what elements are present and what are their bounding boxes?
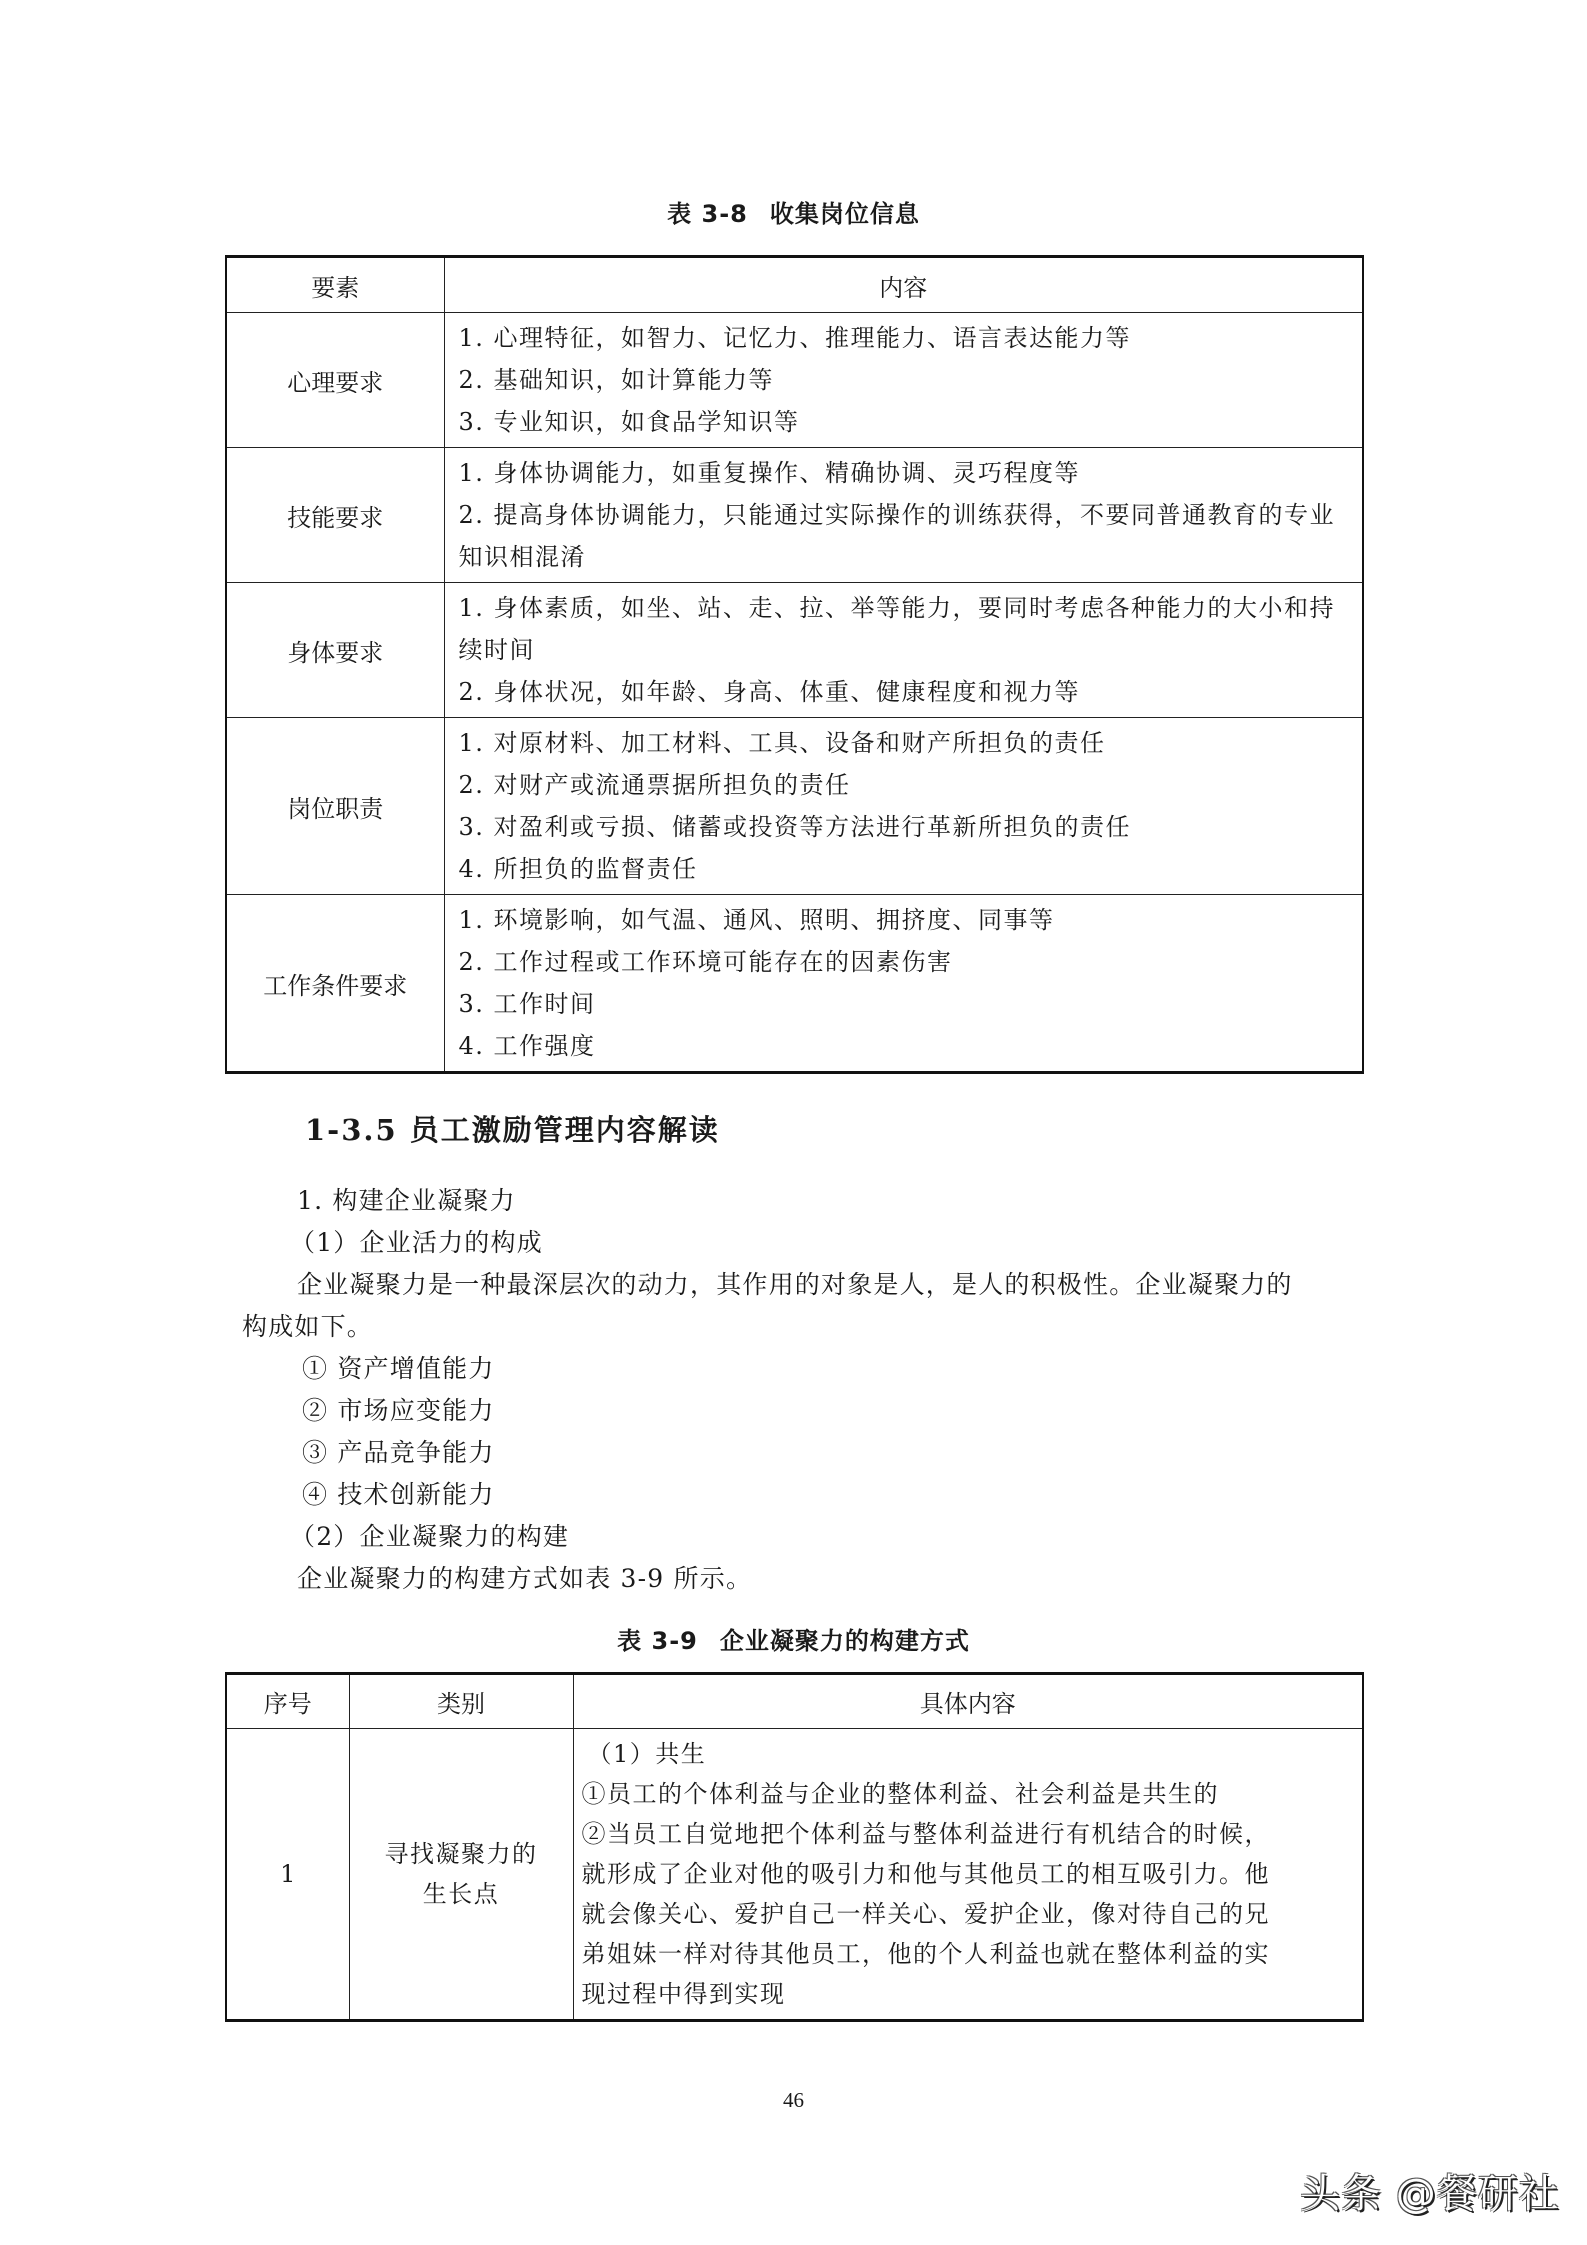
content-line: 1. 身体协调能力，如重复操作、精确协调、灵巧程度等 <box>459 452 1355 494</box>
header-details: 具体内容 <box>573 1674 1363 1729</box>
content-line: 3. 专业知识，如食品学知识等 <box>459 401 1355 443</box>
table-3-8-title: 收集岗位信息 <box>770 200 920 228</box>
row-label: 心理要求 <box>226 313 444 448</box>
content-line: 2. 对财产或流通票据所担负的责任 <box>459 764 1355 806</box>
subheading-2: （2）企业凝聚力的构建 <box>290 1516 569 1558</box>
list-item: ③ 产品竞争能力 <box>302 1432 495 1474</box>
content-line: ②当员工自觉地把个体利益与整体利益进行有机结合的时候， <box>582 1814 1355 1854</box>
table-3-9: 序号 类别 具体内容 1 寻找凝聚力的 生长点 （1）共生 ①员工的个体利益与企… <box>225 1672 1364 2022</box>
list-item: ④ 技术创新能力 <box>302 1474 495 1516</box>
row-content: 1. 环境影响，如气温、通风、照明、拥挤度、同事等 2. 工作过程或工作环境可能… <box>444 895 1363 1073</box>
row-details: （1）共生 ①员工的个体利益与企业的整体利益、社会利益是共生的 ②当员工自觉地把… <box>573 1729 1363 2021</box>
table-3-9-title: 企业凝聚力的构建方式 <box>720 1627 970 1655</box>
list-item: ② 市场应变能力 <box>302 1390 495 1432</box>
row-label: 身体要求 <box>226 583 444 718</box>
subheading-1: （1）企业活力的构成 <box>290 1222 543 1264</box>
header-index: 序号 <box>226 1674 349 1729</box>
content-line: 3. 对盈利或亏损、储蓄或投资等方法进行革新所担负的责任 <box>459 806 1355 848</box>
content-line: 就会像关心、爱护自己一样关心、爱护企业，像对待自己的兄 <box>582 1894 1355 1934</box>
content-line: 2. 基础知识，如计算能力等 <box>459 359 1355 401</box>
table-3-8-number: 表 3-8 <box>667 200 748 228</box>
category-line: 生长点 <box>350 1874 573 1914</box>
content-line: 2. 工作过程或工作环境可能存在的因素伤害 <box>459 941 1355 983</box>
table-3-8-caption: 表 3-8收集岗位信息 <box>0 199 1587 229</box>
page-number: 46 <box>0 2088 1587 2113</box>
content-line: ①员工的个体利益与企业的整体利益、社会利益是共生的 <box>582 1774 1355 1814</box>
category-line: 寻找凝聚力的 <box>350 1834 573 1874</box>
paragraph-1-line-2: 构成如下。 <box>242 1306 373 1348</box>
content-line: 1. 对原材料、加工材料、工具、设备和财产所担负的责任 <box>459 722 1355 764</box>
row-content: 1. 身体素质，如坐、站、走、拉、举等能力，要同时考虑各种能力的大小和持续时间 … <box>444 583 1363 718</box>
content-line: 2. 身体状况，如年龄、身高、体重、健康程度和视力等 <box>459 671 1355 713</box>
paragraph-1-line-1: 企业凝聚力是一种最深层次的动力，其作用的对象是人，是人的积极性。企业凝聚力的 <box>297 1264 1293 1306</box>
table-row: 身体要求 1. 身体素质，如坐、站、走、拉、举等能力，要同时考虑各种能力的大小和… <box>226 583 1363 718</box>
content-line: 4. 所担负的监督责任 <box>459 848 1355 890</box>
row-label: 技能要求 <box>226 448 444 583</box>
content-line: （1）共生 <box>582 1734 1355 1774</box>
table-3-8: 要素 内容 心理要求 1. 心理特征，如智力、记忆力、推理能力、语言表达能力等 … <box>225 255 1364 1074</box>
table-row: 岗位职责 1. 对原材料、加工材料、工具、设备和财产所担负的责任 2. 对财产或… <box>226 718 1363 895</box>
header-element: 要素 <box>226 257 444 313</box>
row-content: 1. 心理特征，如智力、记忆力、推理能力、语言表达能力等 2. 基础知识，如计算… <box>444 313 1363 448</box>
content-line: 现过程中得到实现 <box>582 1974 1355 2014</box>
content-line: 4. 工作强度 <box>459 1025 1355 1067</box>
content-line: 弟姐妹一样对待其他员工，他的个人利益也就在整体利益的实 <box>582 1934 1355 1974</box>
table-row: 心理要求 1. 心理特征，如智力、记忆力、推理能力、语言表达能力等 2. 基础知… <box>226 313 1363 448</box>
content-line: 3. 工作时间 <box>459 983 1355 1025</box>
table-3-9-caption: 表 3-9企业凝聚力的构建方式 <box>0 1626 1587 1656</box>
row-content: 1. 身体协调能力，如重复操作、精确协调、灵巧程度等 2. 提高身体协调能力，只… <box>444 448 1363 583</box>
content-line: 1. 身体素质，如坐、站、走、拉、举等能力，要同时考虑各种能力的大小和持续时间 <box>459 587 1355 671</box>
table-3-9-number: 表 3-9 <box>617 1627 698 1655</box>
header-content: 内容 <box>444 257 1363 313</box>
section-heading: 1-3.5 员工激励管理内容解读 <box>305 1108 720 1149</box>
row-label: 工作条件要求 <box>226 895 444 1073</box>
content-line: 就形成了企业对他的吸引力和他与其他员工的相互吸引力。他 <box>582 1854 1355 1894</box>
watermark: 头条 @餐研社 <box>1300 2162 1560 2219</box>
content-line: 1. 环境影响，如气温、通风、照明、拥挤度、同事等 <box>459 899 1355 941</box>
row-category: 寻找凝聚力的 生长点 <box>349 1729 573 2021</box>
item-1-title: 1. 构建企业凝聚力 <box>297 1180 516 1222</box>
paragraph-2: 企业凝聚力的构建方式如表 3-9 所示。 <box>297 1558 752 1600</box>
row-content: 1. 对原材料、加工材料、工具、设备和财产所担负的责任 2. 对财产或流通票据所… <box>444 718 1363 895</box>
table-row: 技能要求 1. 身体协调能力，如重复操作、精确协调、灵巧程度等 2. 提高身体协… <box>226 448 1363 583</box>
table-row: 工作条件要求 1. 环境影响，如气温、通风、照明、拥挤度、同事等 2. 工作过程… <box>226 895 1363 1073</box>
table-header-row: 要素 内容 <box>226 257 1363 313</box>
content-line: 1. 心理特征，如智力、记忆力、推理能力、语言表达能力等 <box>459 317 1355 359</box>
table-row: 1 寻找凝聚力的 生长点 （1）共生 ①员工的个体利益与企业的整体利益、社会利益… <box>226 1729 1363 2021</box>
table-header-row: 序号 类别 具体内容 <box>226 1674 1363 1729</box>
row-label: 岗位职责 <box>226 718 444 895</box>
list-item: ① 资产增值能力 <box>302 1348 495 1390</box>
row-index: 1 <box>226 1729 349 2021</box>
content-line: 2. 提高身体协调能力，只能通过实际操作的训练获得，不要同普通教育的专业知识相混… <box>459 494 1355 578</box>
header-category: 类别 <box>349 1674 573 1729</box>
